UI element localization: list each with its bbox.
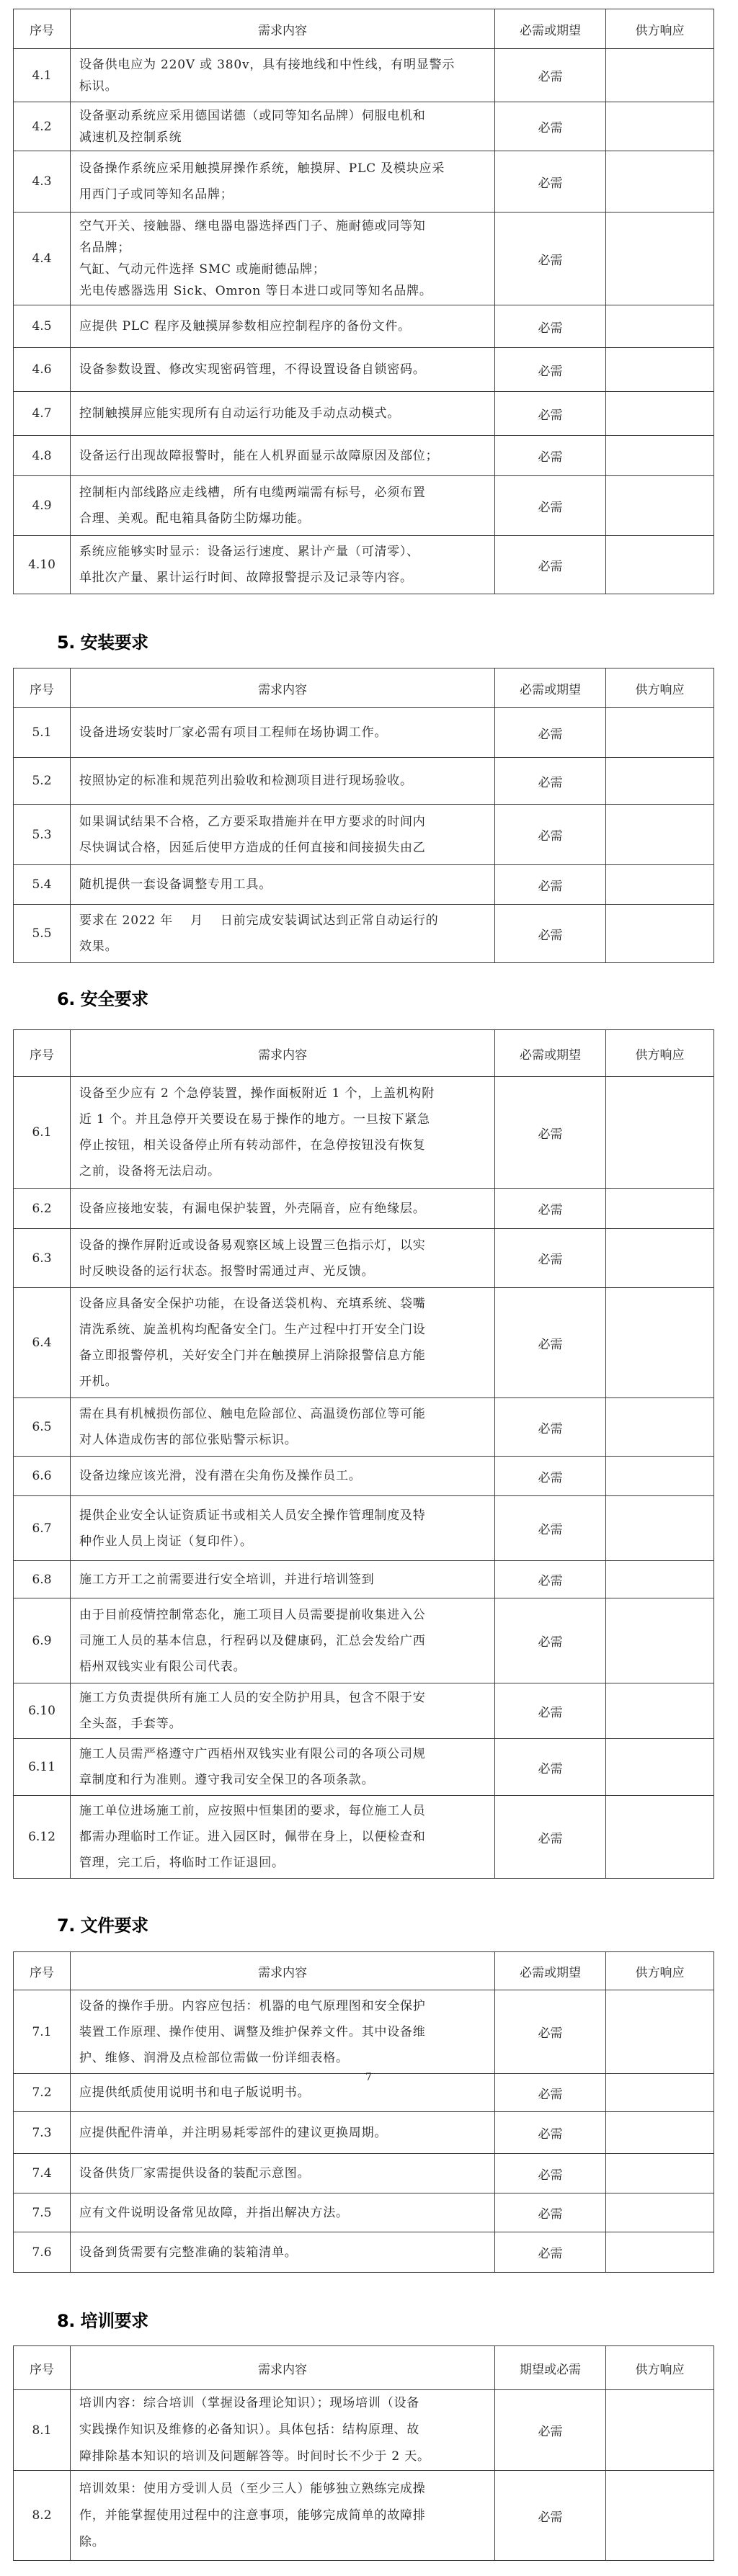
row-seq: 5.4 [14,865,71,905]
section-heading-installation: 5. 安装要求 [57,632,148,653]
table-row: 6.9 由于目前疫情控制常态化，施工项目人员需要提前收集进入公 司施工人员的基本… [14,1598,714,1683]
row-seq: 4.2 [14,102,71,151]
row-level: 必需 [495,2193,606,2232]
row-response[interactable] [606,1561,714,1598]
table-row: 7.2 应提供纸质使用说明书和电子版说明书。 必需 [14,2074,714,2112]
row-response[interactable] [606,1457,714,1496]
row-content: 控制触摸屏应能实现所有自动运行功能及手动点动模式。 [71,392,495,436]
row-level: 必需 [495,2074,606,2112]
row-level: 必需 [495,1496,606,1561]
table-row: 6.11 施工人员需严格遵守广西梧州双钱实业有限公司的各项公司规 章制度和行为准… [14,1739,714,1796]
row-content: 培训效果：使用方受训人员（至少三人）能够独立熟练完成操 作，并能掌握使用过程中的… [71,2471,495,2561]
row-level: 必需 [495,102,606,151]
header-level: 必需或期望 [495,1952,606,1990]
row-content: 需在具有机械损伤部位、触电危险部位、高温烫伤部位等可能 对人体造成伤害的部位张贴… [71,1398,495,1457]
table-row: 4.5 应提供 PLC 程序及触摸屏参数相应控制程序的备份文件。 必需 [14,305,714,348]
row-seq: 7.2 [14,2074,71,2112]
row-seq: 6.2 [14,1189,71,1229]
table-row: 7.3 应提供配件清单，并注明易耗零部件的建议更换周期。 必需 [14,2112,714,2154]
row-level: 必需 [495,1229,606,1288]
table-row: 6.2 设备应接地安装，有漏电保护装置，外壳隔音，应有绝缘层。 必需 [14,1189,714,1229]
row-level: 必需 [495,2232,606,2273]
table-row: 6.7 提供企业安全认证资质证书或相关人员安全操作管理制度及特 种作业人员上岗证… [14,1496,714,1561]
row-response[interactable] [606,2193,714,2232]
row-seq: 6.6 [14,1457,71,1496]
row-seq: 4.1 [14,49,71,102]
row-seq: 7.3 [14,2112,71,2154]
row-response[interactable] [606,102,714,151]
header-content: 需求内容 [71,9,495,49]
row-level: 必需 [495,213,606,305]
row-response[interactable] [606,2390,714,2471]
row-response[interactable] [606,905,714,963]
row-level: 必需 [495,1189,606,1229]
row-response[interactable] [606,151,714,213]
row-response[interactable] [606,476,714,536]
table-row: 5.4 随机提供一套设备调整专用工具。 必需 [14,865,714,905]
header-seq: 序号 [14,2346,71,2390]
row-response[interactable] [606,758,714,805]
row-content: 应提供配件清单，并注明易耗零部件的建议更换周期。 [71,2112,495,2154]
row-response[interactable] [606,1598,714,1683]
table-row: 6.5 需在具有机械损伤部位、触电危险部位、高温烫伤部位等可能 对人体造成伤害的… [14,1398,714,1457]
row-content: 设备应接地安装，有漏电保护装置，外壳隔音，应有绝缘层。 [71,1189,495,1229]
row-content: 控制柜内部线路应走线槽，所有电缆两端需有标号，必须布置 合理、美观。配电箱具备防… [71,476,495,536]
table-row: 4.8 设备运行出现故障报警时，能在人机界面显示故障原因及部位； 必需 [14,436,714,476]
row-seq: 5.2 [14,758,71,805]
row-response[interactable] [606,436,714,476]
row-level: 必需 [495,436,606,476]
header-content: 需求内容 [71,668,495,708]
table-row: 4.1 设备供电应为 220V 或 380v，具有接地线和中性线，有明显警示 标… [14,49,714,102]
row-content: 设备供货厂家需提供设备的装配示意图。 [71,2154,495,2193]
row-response[interactable] [606,2074,714,2112]
row-response[interactable] [606,805,714,865]
row-response[interactable] [606,1496,714,1561]
row-seq: 8.1 [14,2390,71,2471]
table-row: 4.4 空气开关、接触器、继电器电器选择西门子、施耐德或同等知 名品牌； 气缸、… [14,213,714,305]
row-level: 必需 [495,1990,606,2074]
header-response: 供方响应 [606,9,714,49]
row-level: 必需 [495,476,606,536]
header-seq: 序号 [14,1030,71,1077]
row-seq: 6.9 [14,1598,71,1683]
table-row: 5.1 设备进场安装时厂家必需有项目工程师在场协调工作。 必需 [14,708,714,758]
row-response[interactable] [606,305,714,348]
table-row: 4.10 系统应能够实时显示：设备运行速度、累计产量（可清零）、 单批次产量、累… [14,536,714,594]
page-number: 7 [365,2072,372,2083]
row-response[interactable] [606,1796,714,1879]
header-content: 需求内容 [71,1952,495,1990]
row-seq: 5.1 [14,708,71,758]
table-section-5: 序号 需求内容 必需或期望 供方响应 5.1 设备进场安装时厂家必需有项目工程师… [13,668,714,963]
header-level: 必需或期望 [495,9,606,49]
table-row: 7.5 应有文件说明设备常见故障，并指出解决方法。 必需 [14,2193,714,2232]
row-content: 设备参数设置、修改实现密码管理，不得设置设备自锁密码。 [71,348,495,392]
row-content: 施工方负责提供所有施工人员的安全防护用具，包含不限于安 全头盔，手套等。 [71,1683,495,1739]
row-content: 空气开关、接触器、继电器电器选择西门子、施耐德或同等知 名品牌； 气缸、气动元件… [71,213,495,305]
row-content: 设备运行出现故障报警时，能在人机界面显示故障原因及部位； [71,436,495,476]
row-response[interactable] [606,865,714,905]
row-seq: 6.11 [14,1739,71,1796]
table-row: 4.2 设备驱动系统应采用德国诺德（或同等知名品牌）伺服电机和 减速机及控制系统… [14,102,714,151]
table-header-row: 序号 需求内容 必需或期望 供方响应 [14,668,714,708]
header-seq: 序号 [14,9,71,49]
row-level: 必需 [495,805,606,865]
row-response[interactable] [606,2471,714,2561]
row-seq: 4.4 [14,213,71,305]
row-level: 必需 [495,1398,606,1457]
row-content: 如果调试结果不合格，乙方要采取措施并在甲方要求的时间内 尽快调试合格，因延后使甲… [71,805,495,865]
row-level: 必需 [495,1739,606,1796]
row-seq: 5.5 [14,905,71,963]
table-section-6: 序号 需求内容 必需或期望 供方响应 6.1 设备至少应有 2 个急停装置，操作… [13,1029,714,1879]
header-response: 供方响应 [606,1952,714,1990]
row-seq: 4.6 [14,348,71,392]
row-response[interactable] [606,1683,714,1739]
header-level: 期望或必需 [495,2346,606,2390]
header-seq: 序号 [14,1952,71,1990]
row-level: 必需 [495,392,606,436]
row-content: 应有文件说明设备常见故障，并指出解决方法。 [71,2193,495,2232]
header-seq: 序号 [14,668,71,708]
row-level: 必需 [495,708,606,758]
row-response[interactable] [606,348,714,392]
row-response[interactable] [606,708,714,758]
row-level: 必需 [495,1796,606,1879]
row-seq: 4.8 [14,436,71,476]
row-seq: 4.7 [14,392,71,436]
section-heading-training: 8. 培训要求 [57,2310,148,2332]
row-content: 设备进场安装时厂家必需有项目工程师在场协调工作。 [71,708,495,758]
table-section-4: 序号 需求内容 必需或期望 供方响应 4.1 设备供电应为 220V 或 380… [13,9,714,594]
table-row: 6.6 设备边缘应该光滑，没有潜在尖角伤及操作员工。 必需 [14,1457,714,1496]
row-level: 必需 [495,2471,606,2561]
header-response: 供方响应 [606,668,714,708]
table-row: 7.4 设备供货厂家需提供设备的装配示意图。 必需 [14,2154,714,2193]
table-row: 4.3 设备操作系统应采用触摸屏操作系统，触摸屏、PLC 及模块应采 用西门子或… [14,151,714,213]
table-header-row: 序号 需求内容 必需或期望 供方响应 [14,9,714,49]
header-response: 供方响应 [606,2346,714,2390]
section-heading-safety: 6. 安全要求 [57,988,148,1010]
row-content: 系统应能够实时显示：设备运行速度、累计产量（可清零）、 单批次产量、累计运行时间… [71,536,495,594]
table-row: 6.8 施工方开工之前需要进行安全培训，并进行培训签到 必需 [14,1561,714,1598]
row-content: 设备驱动系统应采用德国诺德（或同等知名品牌）伺服电机和 减速机及控制系统 [71,102,495,151]
row-seq: 6.10 [14,1683,71,1739]
row-level: 必需 [495,1683,606,1739]
header-response: 供方响应 [606,1030,714,1077]
row-level: 必需 [495,151,606,213]
table-row: 6.12 施工单位进场施工前，应按照中恒集团的要求，每位施工人员 都需办理临时工… [14,1796,714,1879]
row-response[interactable] [606,1189,714,1229]
row-level: 必需 [495,536,606,594]
row-seq: 7.4 [14,2154,71,2193]
row-seq: 6.12 [14,1796,71,1879]
table-row: 4.9 控制柜内部线路应走线槽，所有电缆两端需有标号，必须布置 合理、美观。配电… [14,476,714,536]
row-response[interactable] [606,1990,714,2074]
row-seq: 4.5 [14,305,71,348]
row-seq: 6.3 [14,1229,71,1288]
table-row: 4.6 设备参数设置、修改实现密码管理，不得设置设备自锁密码。 必需 [14,348,714,392]
table-header-row: 序号 需求内容 期望或必需 供方响应 [14,2346,714,2390]
row-content: 随机提供一套设备调整专用工具。 [71,865,495,905]
row-seq: 4.10 [14,536,71,594]
row-content: 由于目前疫情控制常态化，施工项目人员需要提前收集进入公 司施工人员的基本信息，行… [71,1598,495,1683]
table-row: 7.1 设备的操作手册。内容应包括：机器的电气原理图和安全保护 装置工作原理、操… [14,1990,714,2074]
row-level: 必需 [495,1457,606,1496]
row-seq: 6.7 [14,1496,71,1561]
table-header-row: 序号 需求内容 必需或期望 供方响应 [14,1030,714,1077]
row-response[interactable] [606,1739,714,1796]
row-level: 必需 [495,348,606,392]
table-header-row: 序号 需求内容 必需或期望 供方响应 [14,1952,714,1990]
row-level: 必需 [495,2154,606,2193]
row-level: 必需 [495,305,606,348]
table-row: 5.5 要求在 2022 年 月 日前完成安装调试达到正常自动运行的 效果。 必… [14,905,714,963]
row-content: 设备应具备安全保护功能，在设备送袋机构、充填系统、袋嘴 清洗系统、旋盖机构均配备… [71,1288,495,1398]
row-response[interactable] [606,49,714,102]
table-row: 8.2 培训效果：使用方受训人员（至少三人）能够独立熟练完成操 作，并能掌握使用… [14,2471,714,2561]
row-seq: 4.3 [14,151,71,213]
row-content: 设备边缘应该光滑，没有潜在尖角伤及操作员工。 [71,1457,495,1496]
table-row: 6.1 设备至少应有 2 个急停装置，操作面板附近 1 个，上盖机构附 近 1 … [14,1077,714,1189]
row-seq: 7.1 [14,1990,71,2074]
row-response[interactable] [606,392,714,436]
table-row: 7.6 设备到货需要有完整准确的装箱清单。 必需 [14,2232,714,2273]
table-section-8: 序号 需求内容 期望或必需 供方响应 8.1 培训内容：综合培训（掌握设备理论知… [13,2345,714,2561]
row-content: 按照协定的标准和规范列出验收和检测项目进行现场验收。 [71,758,495,805]
row-response[interactable] [606,2232,714,2273]
table-row: 6.4 设备应具备安全保护功能，在设备送袋机构、充填系统、袋嘴 清洗系统、旋盖机… [14,1288,714,1398]
row-response[interactable] [606,2154,714,2193]
row-content: 施工人员需严格遵守广西梧州双钱实业有限公司的各项公司规 章制度和行为准则。遵守我… [71,1739,495,1796]
row-seq: 7.5 [14,2193,71,2232]
row-level: 必需 [495,2112,606,2154]
row-seq: 6.1 [14,1077,71,1189]
row-content: 施工方开工之前需要进行安全培训，并进行培训签到 [71,1561,495,1598]
row-response[interactable] [606,536,714,594]
row-response[interactable] [606,1077,714,1189]
row-level: 必需 [495,758,606,805]
table-row: 6.3 设备的操作屏附近或设备易观察区域上设置三色指示灯，以实 时反映设备的运行… [14,1229,714,1288]
row-content: 施工单位进场施工前，应按照中恒集团的要求，每位施工人员 都需办理临时工作证。进入… [71,1796,495,1879]
row-content: 设备的操作手册。内容应包括：机器的电气原理图和安全保护 装置工作原理、操作使用、… [71,1990,495,2074]
table-row: 6.10 施工方负责提供所有施工人员的安全防护用具，包含不限于安 全头盔，手套等… [14,1683,714,1739]
row-seq: 6.4 [14,1288,71,1398]
row-content: 提供企业安全认证资质证书或相关人员安全操作管理制度及特 种作业人员上岗证（复印件… [71,1496,495,1561]
row-response[interactable] [606,1229,714,1288]
row-content: 设备的操作屏附近或设备易观察区域上设置三色指示灯，以实 时反映设备的运行状态。报… [71,1229,495,1288]
table-row: 5.2 按照协定的标准和规范列出验收和检测项目进行现场验收。 必需 [14,758,714,805]
row-seq: 6.8 [14,1561,71,1598]
row-response[interactable] [606,213,714,305]
header-content: 需求内容 [71,2346,495,2390]
row-seq: 7.6 [14,2232,71,2273]
row-content: 应提供 PLC 程序及触摸屏参数相应控制程序的备份文件。 [71,305,495,348]
row-content: 要求在 2022 年 月 日前完成安装调试达到正常自动运行的 效果。 [71,905,495,963]
row-level: 必需 [495,49,606,102]
header-level: 必需或期望 [495,1030,606,1077]
row-level: 必需 [495,1288,606,1398]
row-level: 必需 [495,1561,606,1598]
row-level: 必需 [495,1077,606,1189]
row-content: 培训内容：综合培训（掌握设备理论知识）；现场培训（设备 实践操作知识及维修的必备… [71,2390,495,2471]
row-level: 必需 [495,2390,606,2471]
row-level: 必需 [495,1598,606,1683]
table-row: 8.1 培训内容：综合培训（掌握设备理论知识）；现场培训（设备 实践操作知识及维… [14,2390,714,2471]
header-level: 必需或期望 [495,668,606,708]
row-level: 必需 [495,905,606,963]
row-content: 设备到货需要有完整准确的装箱清单。 [71,2232,495,2273]
section-heading-documents: 7. 文件要求 [57,1915,148,1936]
table-row: 5.3 如果调试结果不合格，乙方要采取措施并在甲方要求的时间内 尽快调试合格，因… [14,805,714,865]
row-content: 应提供纸质使用说明书和电子版说明书。 [71,2074,495,2112]
row-content: 设备供电应为 220V 或 380v，具有接地线和中性线，有明显警示 标识。 [71,49,495,102]
row-seq: 8.2 [14,2471,71,2561]
row-content: 设备操作系统应采用触摸屏操作系统，触摸屏、PLC 及模块应采 用西门子或同等知名… [71,151,495,213]
row-response[interactable] [606,2112,714,2154]
table-row: 4.7 控制触摸屏应能实现所有自动运行功能及手动点动模式。 必需 [14,392,714,436]
row-content: 设备至少应有 2 个急停装置，操作面板附近 1 个，上盖机构附 近 1 个。并且… [71,1077,495,1189]
table-section-7: 序号 需求内容 必需或期望 供方响应 7.1 设备的操作手册。内容应包括：机器的… [13,1951,714,2273]
row-response[interactable] [606,1288,714,1398]
row-level: 必需 [495,865,606,905]
row-seq: 5.3 [14,805,71,865]
header-content: 需求内容 [71,1030,495,1077]
row-seq: 6.5 [14,1398,71,1457]
row-seq: 4.9 [14,476,71,536]
row-response[interactable] [606,1398,714,1457]
